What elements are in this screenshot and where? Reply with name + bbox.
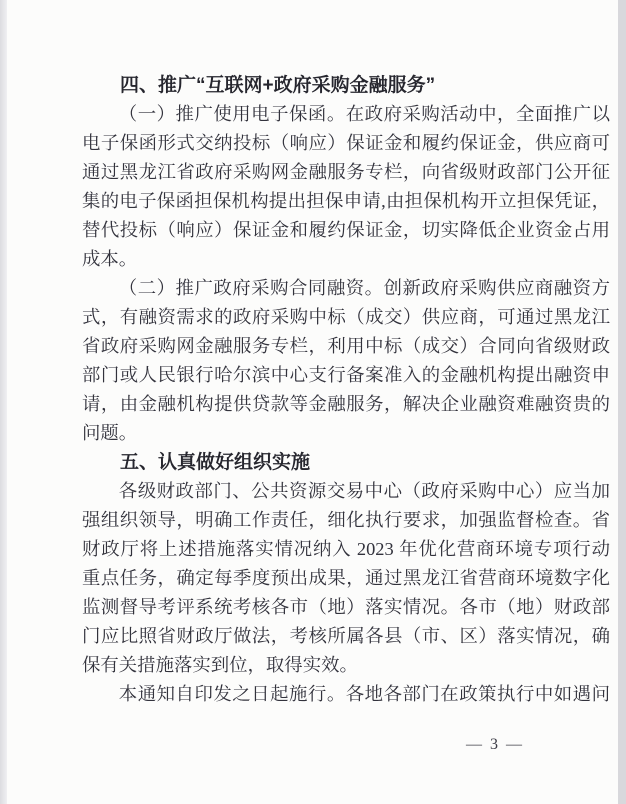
text-line: 通过黑龙江省政府采购网金融服务专栏，向省级财政部门公开征 <box>82 158 610 187</box>
text-line: 重点任务，确定每季度预出成果，通过黑龙江省营商环境数字化 <box>82 564 610 593</box>
text-line: 强组织领导，明确工作责任，细化执行要求，加强监督检查。省 <box>82 506 610 535</box>
text-line: 监测督导考评系统考核各市（地）落实情况。各市（地）财政部 <box>82 593 610 622</box>
section-4-heading: 四、推广“互联网+政府采购金融服务” <box>82 71 610 100</box>
text-line: 成本。 <box>82 245 610 274</box>
text-line: 部门或人民银行哈尔滨中心支行备案准入的金融机构提出融资申 <box>82 361 610 390</box>
text-line: 请，由金融机构提供贷款等金融服务，解决企业融资难融资贵的 <box>82 390 610 419</box>
text-line: 保有关措施落实到位，取得实效。 <box>82 651 610 680</box>
page-number: — 3 — <box>466 736 524 754</box>
text-line: 问题。 <box>82 419 610 448</box>
text-line: 各级财政部门、公共资源交易中心（政府采购中心）应当加 <box>82 477 610 506</box>
section-5-heading: 五、认真做好组织实施 <box>82 448 610 477</box>
text-line: 集的电子保函担保机构提出担保申请,由担保机构开立担保凭证， <box>82 187 610 216</box>
text-line: （一）推广使用电子保函。在政府采购活动中，全面推广以 <box>82 100 610 129</box>
text-line: 式，有融资需求的政府采购中标（成交）供应商，可通过黑龙江 <box>82 303 610 332</box>
text-line: 替代投标（响应）保证金和履约保证金，切实降低企业资金占用 <box>82 216 610 245</box>
scanned-document-page: 四、推广“互联网+政府采购金融服务” （一）推广使用电子保函。在政府采购活动中，… <box>0 0 626 804</box>
text-line: 省政府采购网金融服务专栏，利用中标（成交）合同向省级财政 <box>82 332 610 361</box>
text-line: （二）推广政府采购合同融资。创新政府采购供应商融资方 <box>82 274 610 303</box>
scan-edge-right <box>618 0 626 804</box>
document-body: 四、推广“互联网+政府采购金融服务” （一）推广使用电子保函。在政府采购活动中，… <box>82 71 610 709</box>
scan-edge-left <box>0 0 7 804</box>
text-line: 本通知自印发之日起施行。各地各部门在政策执行中如遇问 <box>82 680 610 709</box>
text-line: 门应比照省财政厅做法，考核所属各县（市、区）落实情况，确 <box>82 622 610 651</box>
text-line: 财政厅将上述措施落实情况纳入 2023 年优化营商环境专项行动 <box>82 535 610 564</box>
text-line: 电子保函形式交纳投标（响应）保证金和履约保证金，供应商可 <box>82 129 610 158</box>
